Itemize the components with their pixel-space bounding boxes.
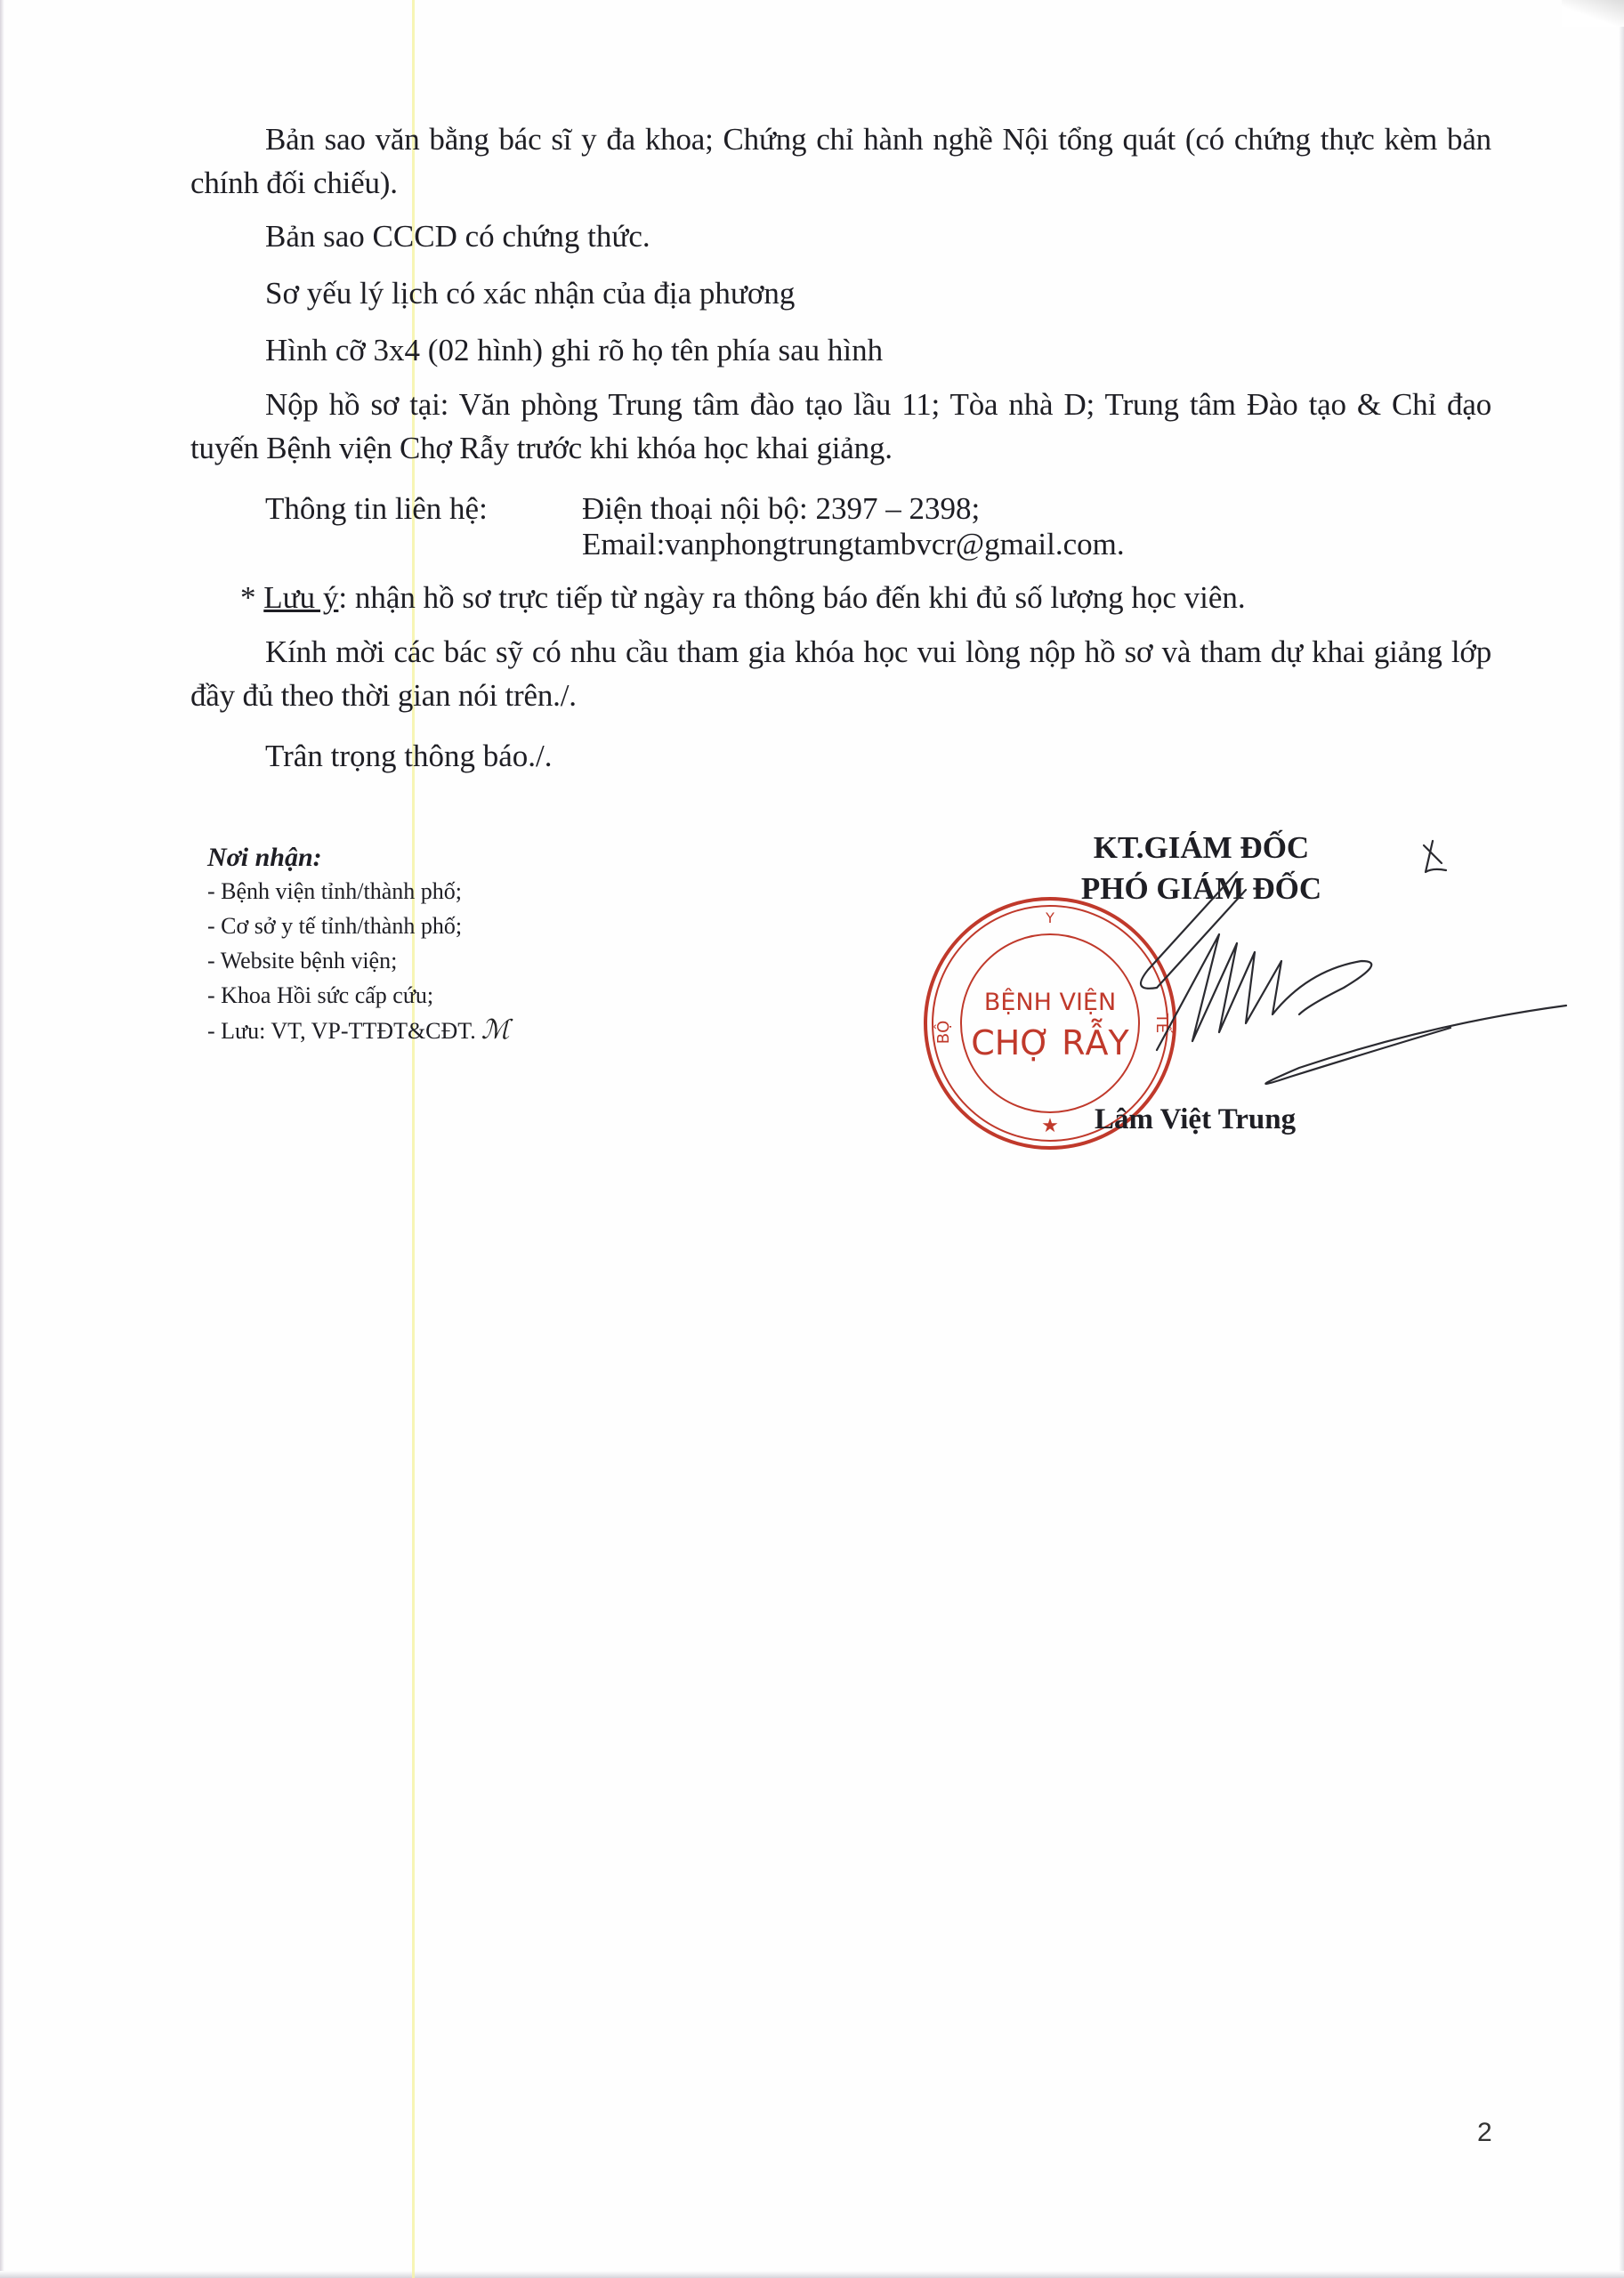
recipients-title: Nơi nhận:	[207, 842, 510, 874]
initials-mark: ℳ	[481, 1015, 510, 1045]
handwritten-signature-icon	[1095, 836, 1611, 1121]
paragraph-diploma: Bản sao văn bằng bác sĩ y đa khoa; Chứng…	[190, 117, 1491, 205]
signer-name: Lâm Việt Trung	[1095, 1103, 1296, 1136]
paragraph-id-copy: Bản sao CCCD có chứng thức.	[265, 219, 650, 254]
paragraph-invitation: Kính mời các bác sỹ có nhu cầu tham gia …	[190, 630, 1491, 717]
paragraph-submission: Nộp hồ sơ tại: Văn phòng Trung tâm đào t…	[190, 383, 1491, 470]
scan-edge-bottom	[0, 2271, 1624, 2278]
note-label: Lưu ý	[263, 580, 338, 615]
contact-phone: Điện thoại nội bộ: 2397 – 2398;	[582, 491, 980, 527]
paragraph-photo: Hình cỡ 3x4 (02 hình) ghi rõ họ tên phía…	[265, 333, 883, 368]
document-page: Bản sao văn bằng bác sĩ y đa khoa; Chứng…	[0, 0, 1624, 2278]
recipient-item: - Khoa Hồi sức cấp cứu;	[207, 978, 510, 1013]
note-star: *	[240, 580, 256, 615]
page-number: 2	[1477, 2118, 1492, 2148]
recipient-item: - Lưu: VT, VP-TTĐT&CĐT.ℳ	[207, 1013, 510, 1048]
note-text: : nhận hồ sơ trực tiếp từ ngày ra thông …	[338, 580, 1245, 615]
stamp-star-icon: ★	[1041, 1115, 1059, 1137]
recipient-item: - Cơ sở y tế tỉnh/thành phố;	[207, 909, 510, 943]
note-line: * Lưu ý: nhận hồ sơ trực tiếp từ ngày ra…	[240, 580, 1246, 616]
recipient-item: - Website bệnh viện;	[207, 943, 510, 978]
contact-label: Thông tin liên hệ:	[265, 491, 488, 527]
scan-edge-left	[0, 0, 4, 2278]
scan-corner-shadow	[1562, 0, 1624, 27]
stamp-ring-left: BỘ	[933, 1021, 953, 1045]
scan-edge-right	[1619, 0, 1624, 2278]
recipient-item: - Bệnh viện tỉnh/thành phố;	[207, 874, 510, 909]
contact-email[interactable]: Email:vanphongtrungtambvcr@gmail.com.	[582, 527, 1125, 562]
stamp-ring-top: Y	[1045, 909, 1054, 926]
closing-line: Trân trọng thông báo./.	[265, 739, 552, 774]
recipients-block: Nơi nhận: - Bệnh viện tỉnh/thành phố; - …	[207, 842, 510, 1048]
paragraph-cv: Sơ yếu lý lịch có xác nhận của địa phươn…	[265, 276, 795, 311]
